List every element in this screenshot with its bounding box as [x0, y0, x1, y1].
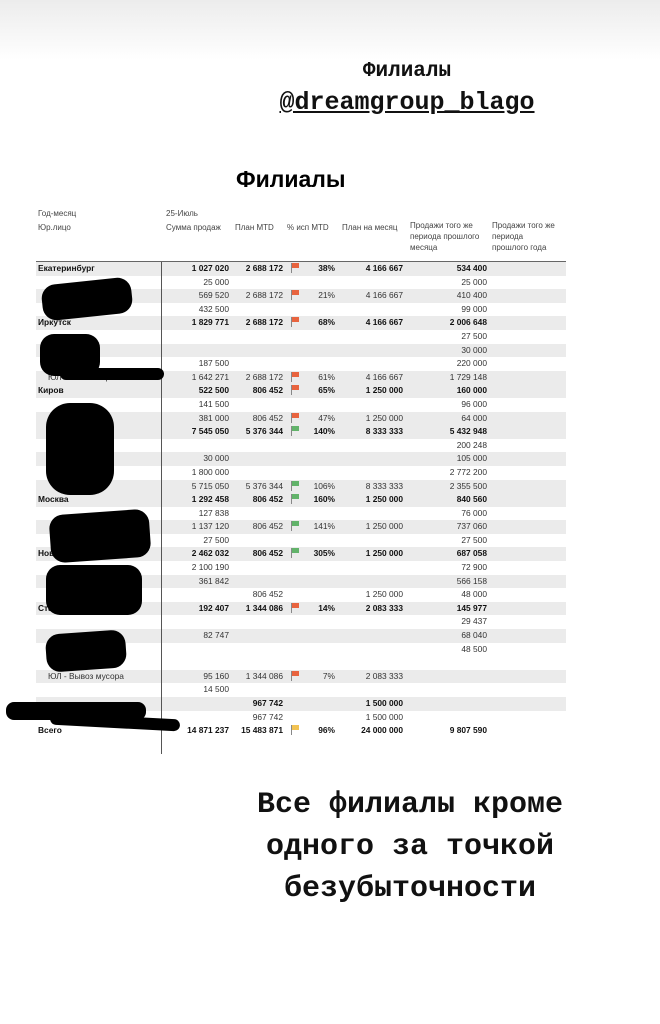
flag-red-icon	[291, 289, 300, 299]
cell-plan-month: 4 166 667	[366, 371, 403, 385]
cell-prev-month: 9 807 590	[450, 724, 487, 738]
cell-prev-month: 30 000	[461, 344, 487, 358]
cell-plan-mtd: 2 688 172	[246, 316, 283, 330]
redaction-mark	[60, 368, 164, 380]
cell-plan-mtd: 967 742	[253, 711, 283, 725]
flag-red-icon	[291, 262, 300, 272]
cell-plan-mtd: 15 483 871	[241, 724, 283, 738]
status-flag-icon	[291, 262, 300, 277]
cell-plan-month: 24 000 000	[361, 724, 403, 738]
cell-plan-mtd: 806 452	[253, 384, 283, 398]
sticker-handle-mention[interactable]: @dreamgroup_blago	[248, 86, 566, 120]
cell-sales: 2 462 032	[192, 547, 229, 561]
status-flag-icon	[291, 670, 300, 685]
caption-line: безубыточности	[200, 868, 620, 910]
cell-sales: 1 027 020	[192, 262, 229, 276]
redaction-mark	[46, 565, 142, 615]
cell-prev-month: 96 000	[461, 398, 487, 412]
cell-prev-month: 48 500	[461, 643, 487, 657]
status-flag-icon	[291, 520, 300, 535]
cell-sales: 14 871 237	[187, 724, 229, 738]
cell-prev-month: 76 000	[461, 507, 487, 521]
table-row[interactable]: 30 000	[36, 344, 566, 358]
col-header-pct-mtd: % исп MTD	[287, 222, 329, 233]
cell-prev-month: 840 560	[457, 493, 487, 507]
table-row[interactable]: 381 000806 45247%1 250 00064 000	[36, 412, 566, 426]
flag-red-icon	[291, 384, 300, 394]
cell-sales: 25 000	[203, 276, 229, 290]
cell-plan-mtd: 806 452	[253, 520, 283, 534]
cell-prev-month: 220 000	[457, 357, 487, 371]
col-header-plan-month: План на месяц	[342, 222, 397, 233]
col-header-prev-year: Продажи того же периода прошлого года	[492, 220, 558, 253]
story-caption: Все филиалы кроме одного за точкой безуб…	[200, 784, 620, 910]
story-text-sticker: Филиалы @dreamgroup_blago	[248, 58, 566, 130]
status-flag-icon	[291, 412, 300, 427]
caption-line: Все филиалы кроме	[200, 784, 620, 826]
table-row[interactable]: Екатеринбург1 027 0202 688 17238%4 166 6…	[36, 262, 566, 276]
flag-red-icon	[291, 412, 300, 422]
flag-green-icon	[291, 547, 300, 557]
status-flag-icon	[291, 384, 300, 399]
row-name: Киров	[38, 384, 64, 398]
cell-plan-month: 2 083 333	[366, 670, 403, 684]
cell-prev-month: 105 000	[457, 452, 487, 466]
cell-prev-month: 2 006 648	[450, 316, 487, 330]
col-header-plan-mtd: План MTD	[235, 222, 274, 233]
cell-pct-mtd: 96%	[318, 724, 335, 738]
cell-plan-mtd: 2 688 172	[246, 371, 283, 385]
cell-sales: 82 747	[203, 629, 229, 643]
cell-sales: 1 800 000	[192, 466, 229, 480]
cell-prev-month: 27 500	[461, 534, 487, 548]
cell-plan-month: 4 166 667	[366, 289, 403, 303]
col-header-sales: Сумма продаж	[166, 222, 221, 233]
cell-plan-mtd: 806 452	[253, 588, 283, 602]
cell-plan-month: 4 166 667	[366, 262, 403, 276]
cell-prev-month: 410 400	[457, 289, 487, 303]
cell-prev-month: 5 432 948	[450, 425, 487, 439]
header-year-month-label: Год-месяц	[38, 208, 76, 219]
cell-sales: 127 838	[199, 507, 229, 521]
flag-red-icon	[291, 371, 300, 381]
caption-line: одного за точкой	[200, 826, 620, 868]
cell-plan-month: 1 500 000	[366, 697, 403, 711]
cell-sales: 381 000	[199, 412, 229, 426]
sticker-title: Филиалы	[248, 58, 566, 86]
cell-pct-mtd: 7%	[323, 670, 335, 684]
row-name: Москва	[38, 493, 69, 507]
table-row[interactable]: ЮЛ - Вывоз мусора95 1601 344 0867%2 083 …	[36, 670, 566, 684]
table-row[interactable]: 30 000105 000	[36, 452, 566, 466]
cell-sales: 30 000	[203, 452, 229, 466]
cell-prev-month: 2 355 500	[450, 480, 487, 494]
cell-sales: 141 500	[199, 398, 229, 412]
cell-prev-month: 27 500	[461, 330, 487, 344]
status-flag-icon	[291, 493, 300, 508]
cell-pct-mtd: 14%	[318, 602, 335, 616]
cell-plan-mtd: 2 688 172	[246, 289, 283, 303]
cell-pct-mtd: 140%	[314, 425, 335, 439]
cell-plan-month: 1 250 000	[366, 588, 403, 602]
cell-sales: 522 500	[199, 384, 229, 398]
cell-prev-month: 687 058	[457, 547, 487, 561]
cell-pct-mtd: 61%	[318, 371, 335, 385]
cell-plan-mtd: 967 742	[253, 697, 283, 711]
table-row[interactable]: 200 248	[36, 439, 566, 453]
row-name: Всего	[38, 724, 62, 738]
status-flag-icon	[291, 371, 300, 386]
flag-green-icon	[291, 425, 300, 435]
cell-pct-mtd: 21%	[318, 289, 335, 303]
cell-prev-month: 566 158	[457, 575, 487, 589]
flag-green-icon	[291, 480, 300, 490]
cell-sales: 1 829 771	[192, 316, 229, 330]
cell-plan-month: 8 333 333	[366, 480, 403, 494]
status-flag-icon	[291, 480, 300, 495]
cell-prev-month: 72 900	[461, 561, 487, 575]
cell-prev-month: 68 040	[461, 629, 487, 643]
cell-pct-mtd: 68%	[318, 316, 335, 330]
redaction-mark	[46, 403, 114, 495]
flag-green-icon	[291, 520, 300, 530]
cell-prev-month: 1 729 148	[450, 371, 487, 385]
story-top-gradient	[0, 0, 660, 60]
cell-prev-month: 29 437	[461, 615, 487, 629]
status-flag-icon	[291, 289, 300, 304]
cell-plan-month: 1 250 000	[366, 493, 403, 507]
cell-prev-month: 737 060	[457, 520, 487, 534]
cell-sales: 187 500	[199, 357, 229, 371]
status-flag-icon	[291, 316, 300, 331]
table-row[interactable]: 29 437	[36, 615, 566, 629]
flag-green-icon	[291, 493, 300, 503]
cell-sales: 569 520	[199, 289, 229, 303]
cell-plan-mtd: 1 344 086	[246, 670, 283, 684]
table-row[interactable]: 141 50096 000	[36, 398, 566, 412]
flag-red-icon	[291, 316, 300, 326]
cell-plan-mtd: 1 344 086	[246, 602, 283, 616]
cell-pct-mtd: 65%	[318, 384, 335, 398]
cell-pct-mtd: 106%	[314, 480, 335, 494]
cell-plan-mtd: 806 452	[253, 412, 283, 426]
table-row[interactable]: Иркутск1 829 7712 688 17268%4 166 6672 0…	[36, 316, 566, 330]
redaction-mark	[48, 509, 151, 564]
cell-prev-month: 48 000	[461, 588, 487, 602]
cell-plan-mtd: 2 688 172	[246, 262, 283, 276]
flag-red-icon	[291, 602, 300, 612]
cell-plan-month: 2 083 333	[366, 602, 403, 616]
status-flag-icon	[291, 602, 300, 617]
cell-pct-mtd: 47%	[318, 412, 335, 426]
cell-prev-month: 99 000	[461, 303, 487, 317]
cell-plan-month: 1 500 000	[366, 711, 403, 725]
col-header-prev-month: Продажи того же периода прошлого месяца	[410, 220, 488, 253]
cell-sales: 7 545 050	[192, 425, 229, 439]
cell-plan-month: 1 250 000	[366, 384, 403, 398]
cell-pct-mtd: 160%	[314, 493, 335, 507]
cell-sales: 95 160	[203, 670, 229, 684]
status-flag-icon	[291, 425, 300, 440]
cell-plan-mtd: 5 376 344	[246, 480, 283, 494]
cell-sales: 5 715 050	[192, 480, 229, 494]
header-period: 25-Июль	[166, 208, 198, 219]
cell-sales: 2 100 190	[192, 561, 229, 575]
cell-pct-mtd: 305%	[314, 547, 335, 561]
cell-prev-month: 2 772 200	[450, 466, 487, 480]
table-row[interactable]: Москва1 292 458806 452160%1 250 000840 5…	[36, 493, 566, 507]
cell-sales: 27 500	[203, 534, 229, 548]
table-column-divider	[161, 262, 162, 754]
table-row[interactable]: 1 800 0002 772 200	[36, 466, 566, 480]
cell-pct-mtd: 38%	[318, 262, 335, 276]
cell-pct-mtd: 141%	[314, 520, 335, 534]
status-flag-icon	[291, 724, 300, 739]
flag-red-icon	[291, 670, 300, 680]
cell-plan-mtd: 806 452	[253, 493, 283, 507]
cell-sales: 1 137 120	[192, 520, 229, 534]
row-name: Екатеринбург	[38, 262, 95, 276]
report-title: Филиалы	[236, 166, 346, 193]
cell-plan-month: 1 250 000	[366, 520, 403, 534]
flag-yellow-icon	[291, 724, 300, 734]
table-row[interactable]: 14 500	[36, 683, 566, 697]
status-flag-icon	[291, 547, 300, 562]
cell-sales: 14 500	[203, 683, 229, 697]
cell-sales: 192 407	[199, 602, 229, 616]
cell-sales: 432 500	[199, 303, 229, 317]
table-row[interactable]: Киров522 500806 45265%1 250 000160 000	[36, 384, 566, 398]
table-row[interactable]: 27 500	[36, 330, 566, 344]
cell-prev-month: 160 000	[457, 384, 487, 398]
header-legal-entity-label: Юр.лицо	[38, 222, 71, 233]
cell-plan-mtd: 5 376 344	[246, 425, 283, 439]
cell-plan-month: 1 250 000	[366, 547, 403, 561]
table-row[interactable]: 5 715 0505 376 344106%8 333 3332 355 500	[36, 480, 566, 494]
cell-plan-month: 8 333 333	[366, 425, 403, 439]
cell-sales: 1 292 458	[192, 493, 229, 507]
cell-prev-month: 200 248	[457, 439, 487, 453]
cell-sales: 1 642 271	[192, 371, 229, 385]
cell-prev-month: 64 000	[461, 412, 487, 426]
cell-sales: 361 842	[199, 575, 229, 589]
cell-plan-month: 1 250 000	[366, 412, 403, 426]
cell-prev-month: 25 000	[461, 276, 487, 290]
cell-prev-month: 145 977	[457, 602, 487, 616]
cell-plan-mtd: 806 452	[253, 547, 283, 561]
table-row[interactable]: 7 545 0505 376 344140%8 333 3335 432 948	[36, 425, 566, 439]
redaction-mark	[45, 629, 127, 672]
cell-plan-month: 4 166 667	[366, 316, 403, 330]
cell-prev-month: 534 400	[457, 262, 487, 276]
